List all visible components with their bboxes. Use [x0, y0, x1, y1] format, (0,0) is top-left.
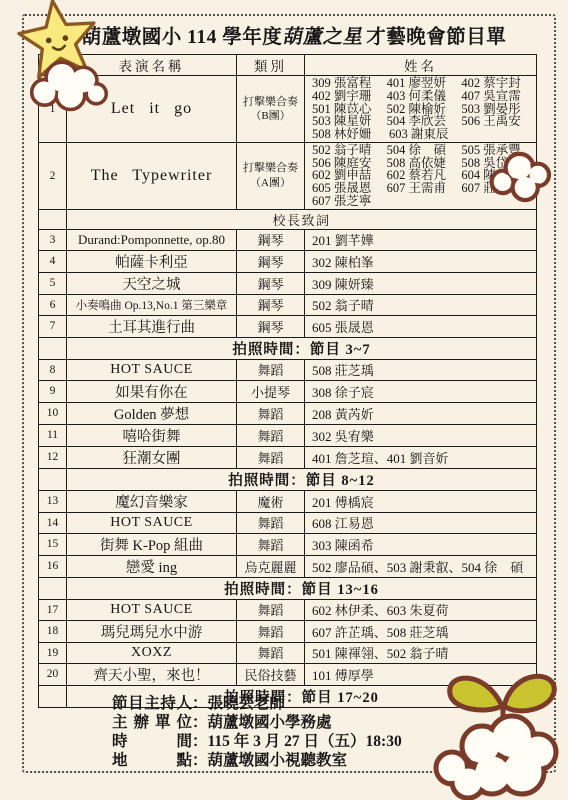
- performance-name: XOXZ: [67, 642, 237, 663]
- category-line2: （B團）: [237, 109, 304, 123]
- program-row: 17HOT SAUCE舞蹈602 林伊柔、603 朱夏荷: [39, 599, 537, 620]
- footer-label: 時間: [112, 732, 192, 751]
- names-grid: 309 張富程401 廖翌妍402 蔡宇封402 劉宇珊403 何柔儀407 吳…: [312, 76, 536, 142]
- names-grid-line: 309 張富程401 廖翌妍402 蔡宇封: [312, 77, 536, 90]
- program-number: 6: [39, 294, 67, 315]
- performer-name: 508 林妤姍: [312, 128, 389, 141]
- program-row: 7土耳其進行曲鋼琴605 張晟恩: [39, 315, 537, 337]
- category: 舞蹈: [237, 620, 305, 642]
- program-row: 8HOT SAUCE舞蹈508 莊芝瑀: [39, 359, 537, 380]
- category: 舞蹈: [237, 642, 305, 663]
- program-number: 15: [39, 533, 67, 555]
- performer-names: 502 廖品碩、503 謝秉叡、504 徐 碩: [305, 555, 537, 577]
- performer-names: 607 許芷瑀、508 莊芝瑀: [305, 620, 537, 642]
- category: 烏克麗麗: [237, 555, 305, 577]
- performer-names: 309 陳妍臻: [305, 272, 537, 294]
- performer-names: 303 陳函希: [305, 533, 537, 555]
- performer-name: 506 王禹安: [461, 115, 536, 128]
- footer-line: 節目主持人：張曉芸老師: [112, 694, 402, 713]
- category-line2: （A團）: [237, 176, 304, 190]
- performance-name: Durand:Pomponnette, op.80: [67, 229, 237, 250]
- program-number: 12: [39, 446, 67, 468]
- performer-names: 308 徐子宸: [305, 380, 537, 402]
- cloud-icon-right: [486, 145, 556, 209]
- empty-number-cell: [39, 337, 67, 359]
- performance-name: 瑪兒瑪兒水中游: [67, 620, 237, 642]
- footer-value: 115 年 3 月 27 日（五）18:30: [208, 733, 402, 750]
- category-line1: 打擊樂合奏: [237, 95, 304, 109]
- performer-names: 602 林伊柔、603 朱夏荷: [305, 599, 537, 620]
- banner-label: 拍照時間：節目 13~16: [67, 577, 537, 599]
- program-number: 3: [39, 229, 67, 250]
- performer-name: 607 王需甫: [387, 182, 462, 195]
- performance-name: 魔幻音樂家: [67, 490, 237, 512]
- performer-names: 502 翁子晴: [305, 294, 537, 315]
- category: 鋼琴: [237, 250, 305, 272]
- category: 小提琴: [237, 380, 305, 402]
- performer-name: 504 徐 碩: [387, 144, 462, 157]
- page: { "page": { "title": { "prefix": "葫蘆墩國小 …: [0, 0, 568, 800]
- program-row: 3Durand:Pomponnette, op.80鋼琴201 劉芊嬅: [39, 229, 537, 250]
- performer-names: 302 吳宥樂: [305, 424, 537, 446]
- performer-names: 302 陳柏峯: [305, 250, 537, 272]
- performer-names: 201 劉芊嬅: [305, 229, 537, 250]
- performance-name: HOT SAUCE: [67, 359, 237, 380]
- footer-label: 地點: [112, 751, 192, 770]
- performance-name: 齊天小聖，來也！: [67, 663, 237, 685]
- category: 舞蹈: [237, 512, 305, 533]
- footer-separator: ：: [192, 714, 208, 731]
- footer-info: 節目主持人：張曉芸老師主辦單位：葫蘆墩國小學務處時間：115 年 3 月 27 …: [112, 694, 402, 770]
- category: 魔術: [237, 490, 305, 512]
- program-row: 18瑪兒瑪兒水中游舞蹈607 許芷瑀、508 莊芝瑀: [39, 620, 537, 642]
- performer-name: 605 張晟恩: [312, 182, 387, 195]
- program-number: 9: [39, 380, 67, 402]
- program-row: 4帕薩卡利亞鋼琴302 陳柏峯: [39, 250, 537, 272]
- performer-name: 403 何柔儀: [387, 90, 462, 103]
- category: 鋼琴: [237, 229, 305, 250]
- program-number: 13: [39, 490, 67, 512]
- category: 舞蹈: [237, 533, 305, 555]
- program-row: 11嘻哈街舞舞蹈302 吳宥樂: [39, 424, 537, 446]
- program-number: 2: [39, 142, 67, 209]
- program-row: 5天空之城鋼琴309 陳妍臻: [39, 272, 537, 294]
- performer-names: 508 莊芝瑀: [305, 359, 537, 380]
- banner-label: 拍照時間：節目 3~7: [67, 337, 537, 359]
- category: 鋼琴: [237, 272, 305, 294]
- banner-row: 拍照時間：節目 8~12: [39, 468, 537, 490]
- category: 鋼琴: [237, 315, 305, 337]
- program-row: 10Golden 夢想舞蹈208 黃芮妡: [39, 402, 537, 424]
- category: 舞蹈: [237, 359, 305, 380]
- program-row: 2The Typewriter打擊樂合奏（A團）502 翁子晴504 徐 碩50…: [39, 142, 537, 209]
- performance-name: 狂潮女團: [67, 446, 237, 468]
- performance-name: 天空之城: [67, 272, 237, 294]
- category: 打擊樂合奏（A團）: [237, 142, 305, 209]
- program-number: 16: [39, 555, 67, 577]
- sprout-clouds-icon-bottom-right: [426, 660, 568, 800]
- performance-name: 戀愛 ing: [67, 555, 237, 577]
- performer-names: 208 黃芮妡: [305, 402, 537, 424]
- category: 舞蹈: [237, 599, 305, 620]
- performance-name: The Typewriter: [67, 142, 237, 209]
- performance-name: 嘻哈街舞: [67, 424, 237, 446]
- performer-name: 402 蔡宇封: [461, 77, 536, 90]
- footer-value: 葫蘆墩國小視聽教室: [208, 752, 348, 769]
- banner-row: 拍照時間：節目 3~7: [39, 337, 537, 359]
- performer-names: 608 江易恩: [305, 512, 537, 533]
- header-category: 類別: [237, 55, 305, 76]
- performer-name: 401 廖翌妍: [387, 77, 462, 90]
- program-row: 6小奏鳴曲 Op.13,No.1 第三樂章鋼琴502 翁子晴: [39, 294, 537, 315]
- performer-name: 309 張富程: [312, 77, 387, 90]
- program-number: 17: [39, 599, 67, 620]
- program-row: 12狂潮女團舞蹈401 詹芝瑄、401 劉音妡: [39, 446, 537, 468]
- program-number: 11: [39, 424, 67, 446]
- category: 民俗技藝: [237, 663, 305, 685]
- performer-name: 402 劉宇珊: [312, 90, 387, 103]
- names-grid-line: 402 劉宇珊403 何柔儀407 吳宣霈: [312, 90, 536, 103]
- program-row: 16戀愛 ing烏克麗麗502 廖品碩、503 謝秉叡、504 徐 碩: [39, 555, 537, 577]
- footer-label: 主辦單位: [112, 713, 192, 732]
- empty-number-cell: [39, 468, 67, 490]
- header-names: 姓名: [305, 55, 537, 76]
- program-number: 19: [39, 642, 67, 663]
- performer-names: 605 張晟恩: [305, 315, 537, 337]
- program-number: 14: [39, 512, 67, 533]
- performance-name: HOT SAUCE: [67, 512, 237, 533]
- program-number: 4: [39, 250, 67, 272]
- program-row: 1Let it go打擊樂合奏（B團）309 張富程401 廖翌妍402 蔡宇封…: [39, 76, 537, 143]
- category: 舞蹈: [237, 424, 305, 446]
- performer-name: 502 翁子晴: [312, 144, 387, 157]
- empty-number-cell: [39, 209, 67, 229]
- program-table-body: 1Let it go打擊樂合奏（B團）309 張富程401 廖翌妍402 蔡宇封…: [39, 76, 537, 708]
- title-prefix: 葫蘆墩國小 114 學年度: [82, 27, 282, 48]
- banner-label: 拍照時間：節目 8~12: [67, 468, 537, 490]
- program-row: 14HOT SAUCE舞蹈608 江易恩: [39, 512, 537, 533]
- performance-name: 小奏鳴曲 Op.13,No.1 第三樂章: [67, 294, 237, 315]
- footer-value: 葫蘆墩國小學務處: [208, 714, 332, 731]
- program-number: 20: [39, 663, 67, 685]
- program-row: 13魔幻音樂家魔術201 傅楀宸: [39, 490, 537, 512]
- performer-names: 309 張富程401 廖翌妍402 蔡宇封402 劉宇珊403 何柔儀407 吳…: [305, 76, 537, 143]
- footer-line: 主辦單位：葫蘆墩國小學務處: [112, 713, 402, 732]
- performance-name: 街舞 K-Pop 組曲: [67, 533, 237, 555]
- category: 舞蹈: [237, 446, 305, 468]
- empty-number-cell: [39, 685, 67, 707]
- category: 打擊樂合奏（B團）: [237, 76, 305, 143]
- program-number: 18: [39, 620, 67, 642]
- title-highlight: 葫蘆之星: [282, 21, 367, 49]
- banner-label: 校長致詞: [67, 209, 537, 229]
- table-header-row: 序 表演名稱 類別 姓名: [39, 55, 537, 76]
- footer-label: 節目主持人: [112, 694, 192, 713]
- performer-name: 603 謝東辰: [389, 128, 466, 141]
- program-number: 8: [39, 359, 67, 380]
- performance-name: 土耳其進行曲: [67, 315, 237, 337]
- banner-row: 校長致詞: [39, 209, 537, 229]
- cloud-icon-top-left: [26, 52, 112, 114]
- footer-separator: ：: [192, 695, 208, 712]
- footer-line: 時間：115 年 3 月 27 日（五）18:30: [112, 732, 402, 751]
- performer-names: 401 詹芝瑄、401 劉音妡: [305, 446, 537, 468]
- program-table: 序 表演名稱 類別 姓名 1Let it go打擊樂合奏（B團）309 張富程4…: [38, 54, 537, 708]
- program-row: 9如果有你在小提琴308 徐子宸: [39, 380, 537, 402]
- names-grid-line: 508 林妤姍603 謝東辰: [312, 128, 536, 141]
- program-number: 5: [39, 272, 67, 294]
- program-number: 7: [39, 315, 67, 337]
- performer-names: 201 傅楀宸: [305, 490, 537, 512]
- category-line1: 打擊樂合奏: [237, 161, 304, 175]
- title-suffix: 才藝晚會節目單: [366, 27, 506, 48]
- category: 鋼琴: [237, 294, 305, 315]
- banner-row: 拍照時間：節目 13~16: [39, 577, 537, 599]
- empty-number-cell: [39, 577, 67, 599]
- performer-name: 607 張芝寧: [312, 195, 389, 208]
- performance-name: 帕薩卡利亞: [67, 250, 237, 272]
- performance-name: HOT SAUCE: [67, 599, 237, 620]
- program-number: 10: [39, 402, 67, 424]
- footer-separator: ：: [192, 733, 208, 750]
- performer-name: 407 吳宣霈: [461, 90, 536, 103]
- page-title: 葫蘆墩國小 114 學年度葫蘆之星才藝晚會節目單: [48, 21, 540, 49]
- footer-separator: ：: [192, 752, 208, 769]
- program-row: 15街舞 K-Pop 組曲舞蹈303 陳函希: [39, 533, 537, 555]
- footer-value: 張曉芸老師: [208, 695, 286, 712]
- footer-line: 地點：葫蘆墩國小視聽教室: [112, 751, 402, 770]
- category: 舞蹈: [237, 402, 305, 424]
- performance-name: 如果有你在: [67, 380, 237, 402]
- performance-name: Golden 夢想: [67, 402, 237, 424]
